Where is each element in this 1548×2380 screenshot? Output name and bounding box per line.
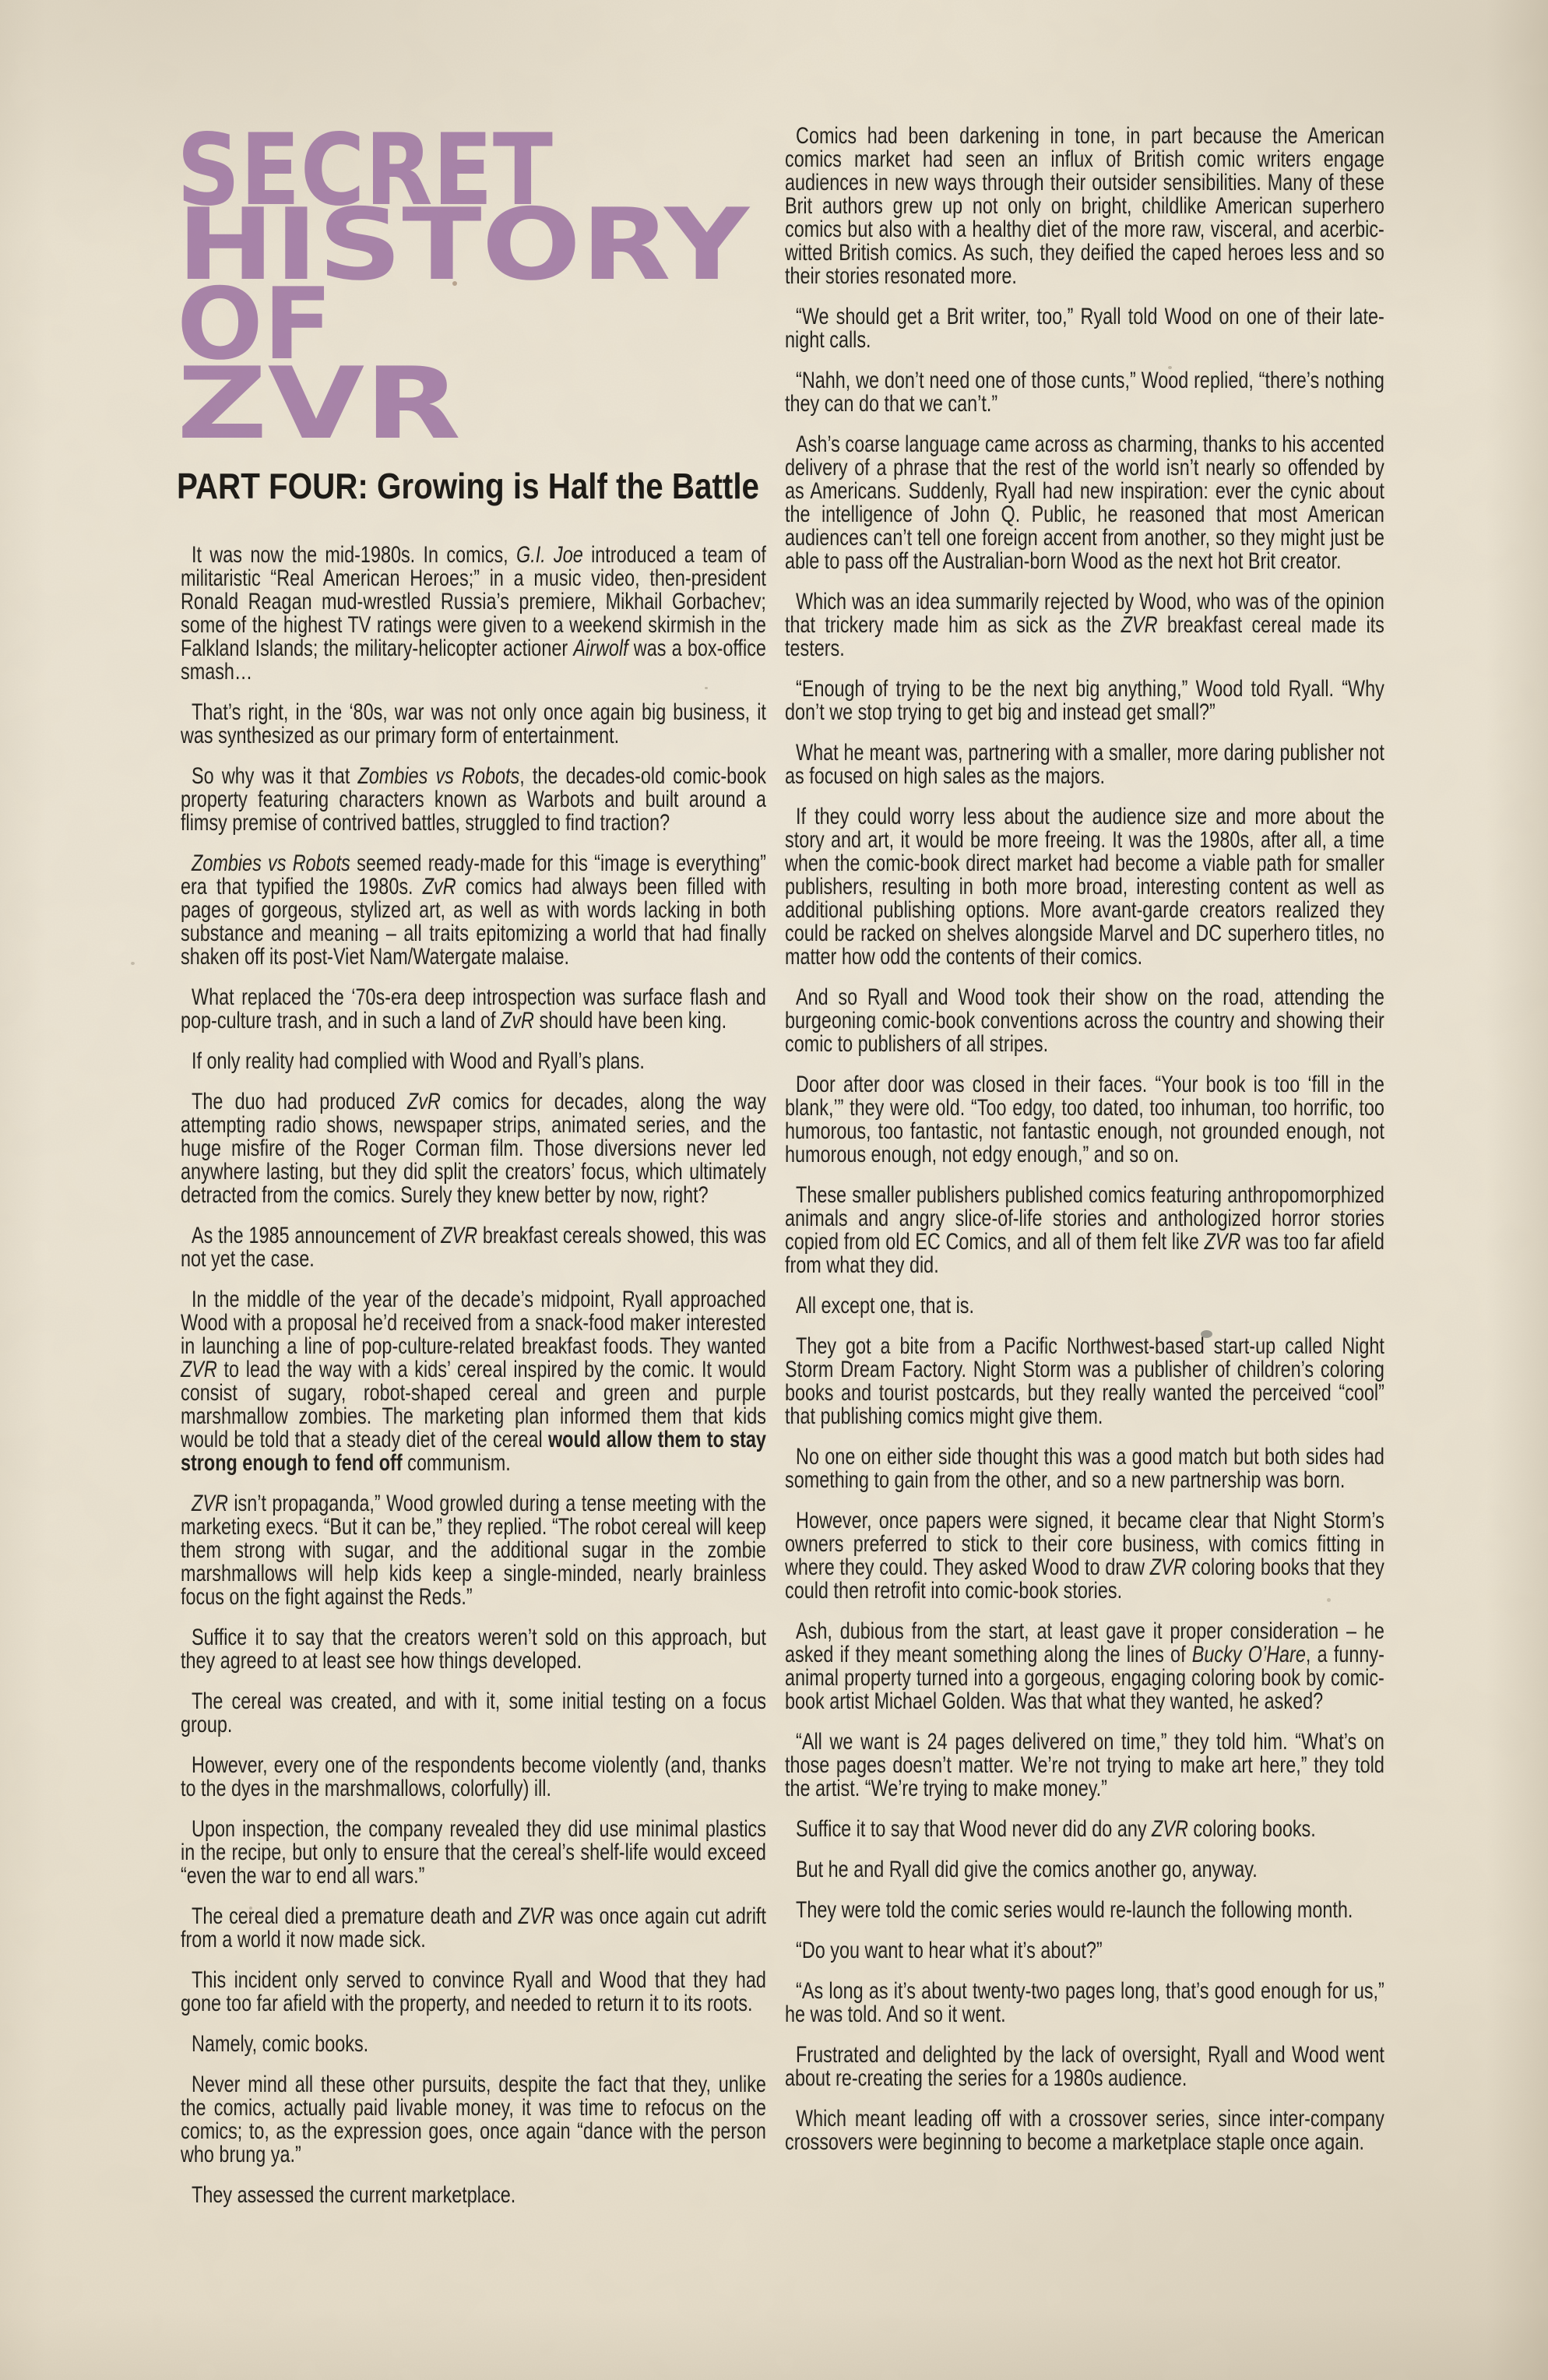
paragraph: Which was an idea summarily rejected by … (785, 590, 1384, 660)
title-line-4: ZVR (177, 346, 461, 461)
paragraph: That’s right, in the ‘80s, war was not o… (181, 701, 766, 748)
paragraph: They were told the comic series would re… (785, 1899, 1384, 1922)
paragraph: These smaller publishers published comic… (785, 1184, 1384, 1277)
column-right: Comics had been darkening in tone, in pa… (785, 125, 1384, 2171)
paragraph: “We should get a Brit writer, too,” Ryal… (785, 305, 1384, 352)
paragraph: Never mind all these other pursuits, des… (181, 2073, 766, 2167)
paragraph: All except one, that is. (785, 1294, 1384, 1318)
paragraph: What replaced the ‘70s-era deep introspe… (181, 986, 766, 1033)
paragraph: And so Ryall and Wood took their show on… (785, 986, 1384, 1056)
title-block: SECRET HISTORY OF ZVR PART FOUR: Growing… (177, 129, 769, 519)
paragraph: Zombies vs Robots seemed ready-made for … (181, 852, 766, 969)
paragraph: So why was it that Zombies vs Robots, th… (181, 765, 766, 835)
paragraph: The cereal died a premature death and ZV… (181, 1905, 766, 1952)
paragraph: “Enough of trying to be the next big any… (785, 678, 1384, 724)
paragraph: The cereal was created, and with it, som… (181, 1690, 766, 1737)
paragraph: Ash, dubious from the start, at least ga… (785, 1620, 1384, 1713)
paragraph: However, once papers were signed, it bec… (785, 1509, 1384, 1603)
paragraph: If only reality had complied with Wood a… (181, 1050, 766, 1073)
paragraph: However, every one of the respondents be… (181, 1754, 766, 1801)
paragraph: Door after door was closed in their face… (785, 1073, 1384, 1167)
paragraph: But he and Ryall did give the comics ano… (785, 1858, 1384, 1882)
paragraph: “All we want is 24 pages delivered on ti… (785, 1730, 1384, 1801)
paragraph: Namely, comic books. (181, 2033, 766, 2056)
paragraph: They got a bite from a Pacific Northwest… (785, 1335, 1384, 1428)
paragraph: This incident only served to convince Ry… (181, 1969, 766, 2016)
paragraph: The duo had produced ZvR comics for deca… (181, 1090, 766, 1207)
paragraph: ZVR isn’t propaganda,” Wood growled duri… (181, 1492, 766, 1609)
paragraph: What he meant was, partnering with a sma… (785, 741, 1384, 788)
paragraph: In the middle of the year of the decade’… (181, 1288, 766, 1475)
paragraph: Suffice it to say that Wood never did do… (785, 1818, 1384, 1841)
part-subtitle: PART FOUR: Growing is Half the Battle (177, 466, 759, 506)
paragraph: Comics had been darkening in tone, in pa… (785, 125, 1384, 288)
paragraph: As the 1985 announcement of ZVR breakfas… (181, 1224, 766, 1271)
paragraph: Which meant leading off with a crossover… (785, 2107, 1384, 2154)
column-left: It was now the mid-1980s. In comics, G.I… (181, 544, 766, 2224)
paragraph: “As long as it’s about twenty-two pages … (785, 1980, 1384, 2026)
paragraph: Upon inspection, the company revealed th… (181, 1818, 766, 1888)
paragraph: “Nahh, we don’t need one of those cunts,… (785, 369, 1384, 416)
paragraph: If they could worry less about the audie… (785, 805, 1384, 969)
paragraph: “Do you want to hear what it’s about?” (785, 1939, 1384, 1963)
comic-backmatter-page: SECRET HISTORY OF ZVR PART FOUR: Growing… (0, 0, 1548, 2380)
paragraph: Frustrated and delighted by the lack of … (785, 2044, 1384, 2090)
paragraph: It was now the mid-1980s. In comics, G.I… (181, 544, 766, 684)
paragraph: Suffice it to say that the creators were… (181, 1626, 766, 1673)
paragraph: They assessed the current marketplace. (181, 2184, 766, 2207)
paragraph: Ash’s coarse language came across as cha… (785, 433, 1384, 573)
paper-speck (131, 962, 135, 965)
paragraph: No one on either side thought this was a… (785, 1445, 1384, 1492)
